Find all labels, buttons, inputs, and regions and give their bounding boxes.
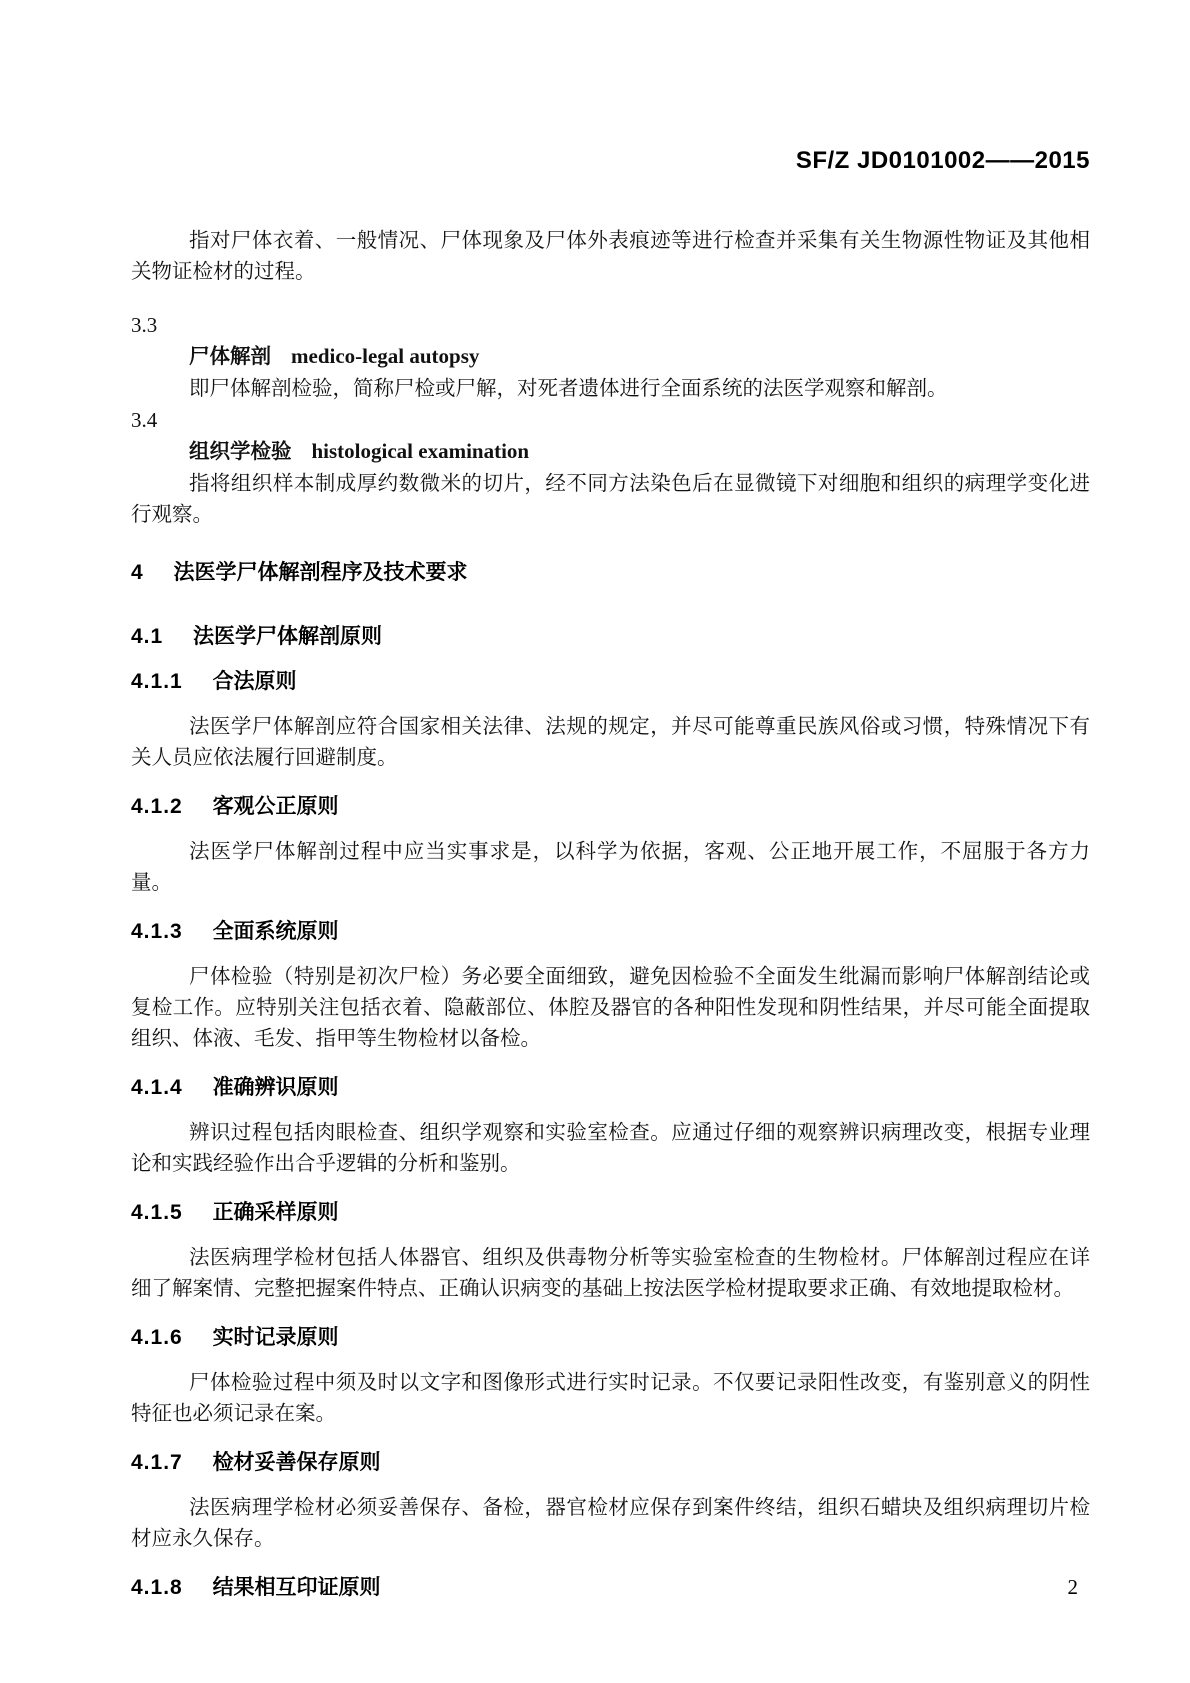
subsection-paragraph: 辨识过程包括肉眼检查、组织学观察和实验室检查。应通过仔细的观察辨识病理改变，根据… <box>131 1118 1090 1180</box>
subsection-4-1-1: 4.1.1 合法原则 法医学尸体解剖应符合国家相关法律、法规的规定，并尽可能尊重… <box>131 666 1090 774</box>
subsection-number: 4.1.6 <box>131 1322 183 1353</box>
subsection-number: 4.1.7 <box>131 1447 183 1478</box>
subsection-paragraph: 法医学尸体解剖过程中应当实事求是，以科学为依据，客观、公正地开展工作，不屈服于各… <box>131 837 1090 899</box>
subsection-paragraph: 尸体检验过程中须及时以文字和图像形式进行实时记录。不仅要记录阳性改变，有鉴别意义… <box>131 1368 1090 1430</box>
subsection-4-1-6: 4.1.6 实时记录原则 尸体检验过程中须及时以文字和图像形式进行实时记录。不仅… <box>131 1322 1090 1430</box>
subsection-paragraph: 尸体检验（特别是初次尸检）务必要全面细致，避免因检验不全面发生纰漏而影响尸体解剖… <box>131 962 1090 1055</box>
term-section-3-3: 3.3 尸体解剖 medico-legal autopsy 即尸体解剖检验，简称… <box>131 310 1090 405</box>
term-line: 尸体解剖 medico-legal autopsy <box>131 341 1090 374</box>
subsection-heading: 4.1.2 客观公正原则 <box>131 791 1090 822</box>
section-number: 4.1 <box>131 621 163 652</box>
subsection-number: 4.1.1 <box>131 666 183 697</box>
subsection-number: 4.1.2 <box>131 791 183 822</box>
subsection-title: 合法原则 <box>213 670 297 693</box>
clause-number: 3.3 <box>131 310 1090 341</box>
term-chinese: 组织学检验 <box>189 440 292 463</box>
subsection-title: 全面系统原则 <box>213 920 339 943</box>
page-content: SF/Z JD0101002——2015 指对尸体衣着、一般情况、尸体现象及尸体… <box>131 0 1090 1603</box>
subsection-heading: 4.1.5 正确采样原则 <box>131 1197 1090 1228</box>
subsection-4-1-4: 4.1.4 准确辨识原则 辨识过程包括肉眼检查、组织学观察和实验室检查。应通过仔… <box>131 1072 1090 1180</box>
subsection-4-1-2: 4.1.2 客观公正原则 法医学尸体解剖过程中应当实事求是，以科学为依据，客观、… <box>131 791 1090 899</box>
subsection-4-1-8: 4.1.8 结果相互印证原则 <box>131 1572 1090 1603</box>
subsection-4-1-5: 4.1.5 正确采样原则 法医病理学检材包括人体器官、组织及供毒物分析等实验室检… <box>131 1197 1090 1305</box>
subsection-heading: 4.1.1 合法原则 <box>131 666 1090 697</box>
subsection-title: 准确辨识原则 <box>213 1076 339 1099</box>
subsection-4-1-7: 4.1.7 检材妥善保存原则 法医病理学检材必须妥善保存、备检，器官检材应保存到… <box>131 1447 1090 1555</box>
subsection-4-1-3: 4.1.3 全面系统原则 尸体检验（特别是初次尸检）务必要全面细致，避免因检验不… <box>131 916 1090 1055</box>
term-chinese: 尸体解剖 <box>189 345 271 368</box>
subsection-number: 4.1.4 <box>131 1072 183 1103</box>
standard-code: SF/Z JD0101002——2015 <box>796 147 1090 174</box>
subsection-title: 正确采样原则 <box>213 1201 339 1224</box>
subsection-title: 客观公正原则 <box>213 795 339 818</box>
subsection-heading: 4.1.7 检材妥善保存原则 <box>131 1447 1090 1478</box>
subsection-heading: 4.1.3 全面系统原则 <box>131 916 1090 947</box>
subsection-title: 实时记录原则 <box>213 1326 339 1349</box>
subsection-number: 4.1.3 <box>131 916 183 947</box>
term-english: medico-legal autopsy <box>291 344 479 368</box>
term-english: histological examination <box>312 439 530 463</box>
subsection-paragraph: 法医学尸体解剖应符合国家相关法律、法规的规定，并尽可能尊重民族风俗或习惯，特殊情… <box>131 712 1090 774</box>
subsection-paragraph: 法医病理学检材包括人体器官、组织及供毒物分析等实验室检查的生物检材。尸体解剖过程… <box>131 1243 1090 1305</box>
section-title: 法医学尸体解剖原则 <box>193 625 382 648</box>
term-section-3-4: 3.4 组织学检验 histological examination 指将组织样… <box>131 405 1090 531</box>
subsection-number: 4.1.5 <box>131 1197 183 1228</box>
chapter-number: 4 <box>131 557 144 588</box>
term-line: 组织学检验 histological examination <box>131 436 1090 469</box>
subsection-heading: 4.1.6 实时记录原则 <box>131 1322 1090 1353</box>
subsection-paragraph: 法医病理学检材必须妥善保存、备检，器官检材应保存到案件终结，组织石蜡块及组织病理… <box>131 1493 1090 1555</box>
intro-paragraph: 指对尸体衣着、一般情况、尸体现象及尸体外表痕迹等进行检查并采集有关生物源性物证及… <box>131 226 1090 288</box>
section-heading: 4.1 法医学尸体解剖原则 <box>131 621 1090 652</box>
clause-number: 3.4 <box>131 405 1090 436</box>
page-header: SF/Z JD0101002——2015 <box>131 145 1090 176</box>
chapter-title: 法医学尸体解剖程序及技术要求 <box>174 561 468 584</box>
term-definition: 即尸体解剖检验，简称尸检或尸解，对死者遗体进行全面系统的法医学观察和解剖。 <box>131 374 1090 405</box>
page-number: 2 <box>1068 1572 1079 1603</box>
subsection-title: 检材妥善保存原则 <box>213 1451 381 1474</box>
subsection-heading: 4.1.8 结果相互印证原则 <box>131 1572 1090 1603</box>
subsection-number: 4.1.8 <box>131 1572 183 1603</box>
term-definition: 指将组织样本制成厚约数微米的切片，经不同方法染色后在显微镜下对细胞和组织的病理学… <box>131 469 1090 531</box>
subsection-heading: 4.1.4 准确辨识原则 <box>131 1072 1090 1103</box>
document-page: SF/Z JD0101002——2015 指对尸体衣着、一般情况、尸体现象及尸体… <box>0 0 1190 1683</box>
subsection-title: 结果相互印证原则 <box>213 1576 381 1599</box>
chapter-heading: 4 法医学尸体解剖程序及技术要求 <box>131 557 1090 588</box>
